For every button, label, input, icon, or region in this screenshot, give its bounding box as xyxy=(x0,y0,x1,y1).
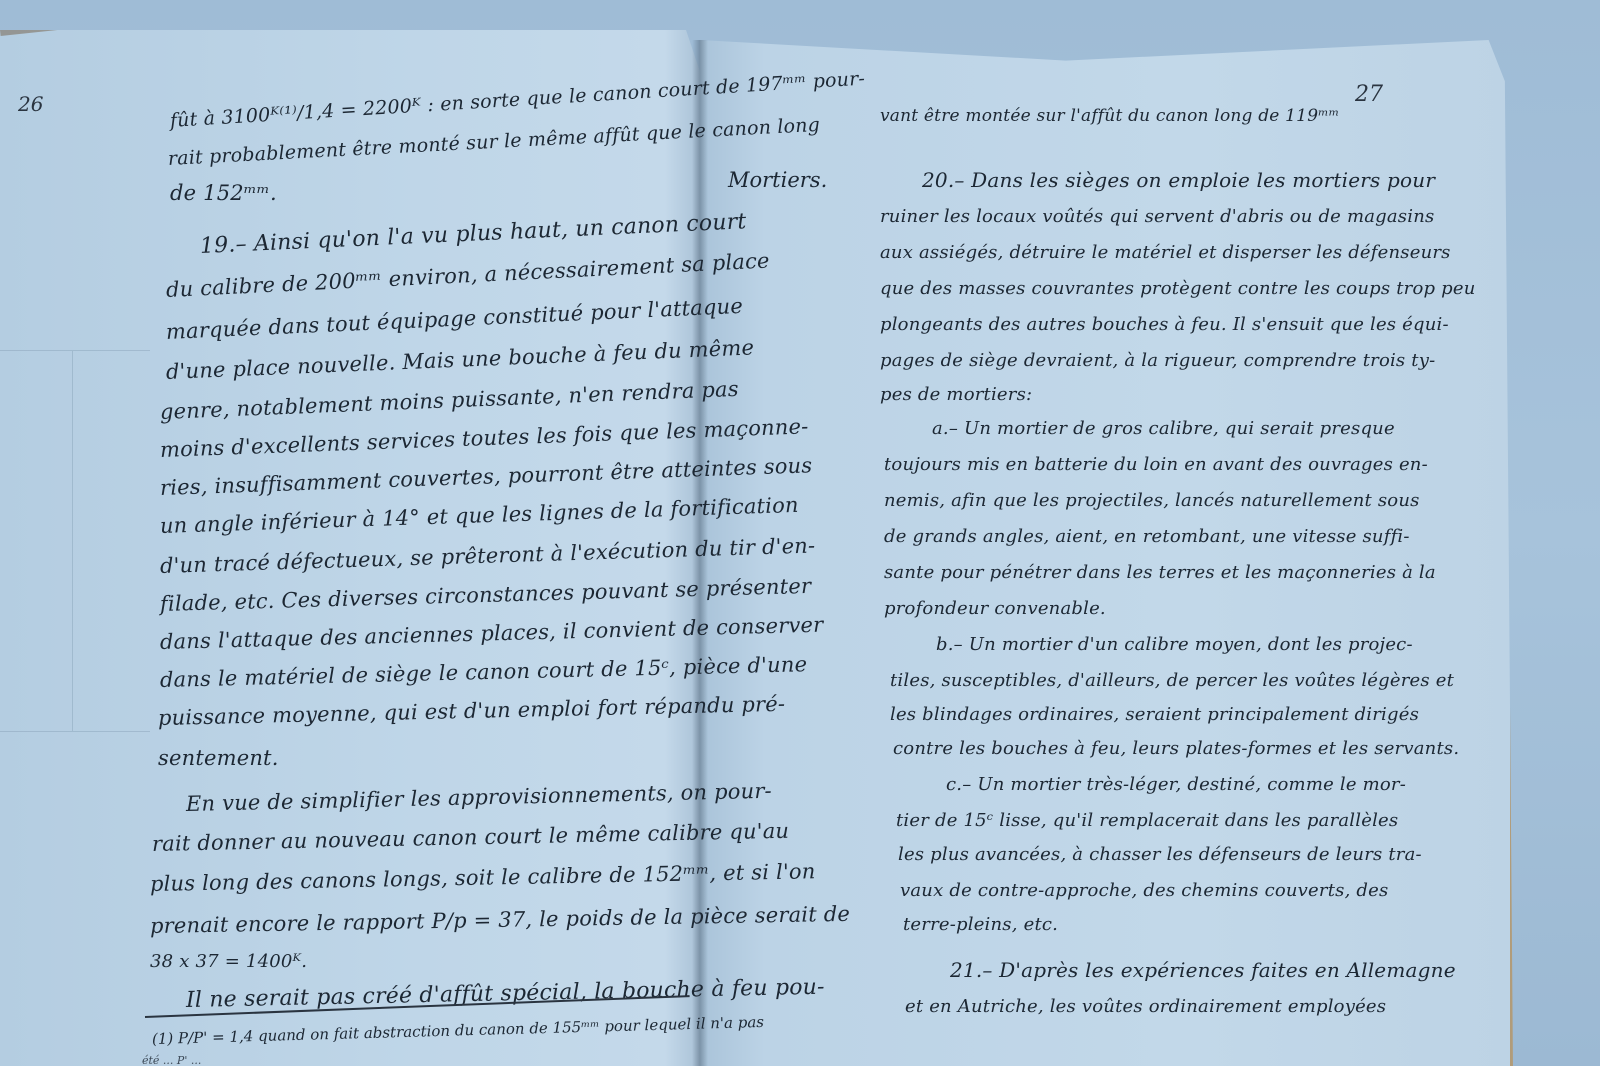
text-line: nemis, afin que les projectiles, lancés … xyxy=(884,492,1420,510)
text-line: tier de 15ᶜ lisse, qu'il remplacerait da… xyxy=(896,812,1398,830)
text-line: et en Autriche, les voûtes ordinairement… xyxy=(905,998,1386,1016)
text-line: de 152ᵐᵐ. xyxy=(170,183,277,204)
open-book-spread: 26 fût à 3100ᴷ⁽¹⁾/1,4 = 2200ᴷ : en sorte… xyxy=(0,0,1600,1066)
text-line: toujours mis en batterie du loin en avan… xyxy=(884,456,1428,474)
text-line: sentement. xyxy=(158,748,279,769)
paragraph-21-start: 21.– D'après les expériences faites en A… xyxy=(950,960,1456,980)
text-line: que des masses couvrantes protègent cont… xyxy=(880,280,1476,298)
text-line: de grands angles, aient, en retombant, u… xyxy=(884,528,1410,546)
margin-heading-mortiers: Mortiers. xyxy=(728,168,827,192)
bleed-through-table xyxy=(0,350,150,732)
paragraph-20-start: 20.– Dans les sièges on emploie les mort… xyxy=(922,170,1435,190)
text-line: contre les bouches à feu, leurs plates-f… xyxy=(893,740,1459,758)
text-line: pes de mortiers: xyxy=(880,386,1032,404)
item-b-start: b.– Un mortier d'un calibre moyen, dont … xyxy=(936,636,1413,654)
text-line: terre-pleins, etc. xyxy=(903,916,1058,934)
text-line: aux assiégés, détruire le matériel et di… xyxy=(880,244,1451,262)
text-line: tiles, susceptibles, d'ailleurs, de perc… xyxy=(890,672,1454,690)
text-line: vant être montée sur l'affût du canon lo… xyxy=(880,108,1339,125)
page-number-right: 27 xyxy=(1355,82,1383,107)
text-line: vaux de contre-approche, des chemins cou… xyxy=(900,882,1388,900)
text-line: les blindages ordinaires, seraient princ… xyxy=(890,706,1419,724)
text-line: ruiner les locaux voûtés qui servent d'a… xyxy=(880,208,1434,226)
text-line: profondeur convenable. xyxy=(884,600,1106,618)
text-line: pages de siège devraient, à la rigueur, … xyxy=(880,352,1435,370)
text-line: 38 x 37 = 1400ᴷ. xyxy=(150,953,307,971)
item-c-start: c.– Un mortier très-léger, destiné, comm… xyxy=(946,776,1406,794)
footnote-continuation: été ... P' ... xyxy=(142,1054,201,1066)
item-a-start: a.– Un mortier de gros calibre, qui sera… xyxy=(932,420,1395,438)
text-line: plongeants des autres bouches à feu. Il … xyxy=(880,316,1449,334)
text-line: les plus avancées, à chasser les défense… xyxy=(898,846,1422,864)
text-line: sante pour pénétrer dans les terres et l… xyxy=(884,564,1436,582)
page-number-left: 26 xyxy=(18,92,43,116)
